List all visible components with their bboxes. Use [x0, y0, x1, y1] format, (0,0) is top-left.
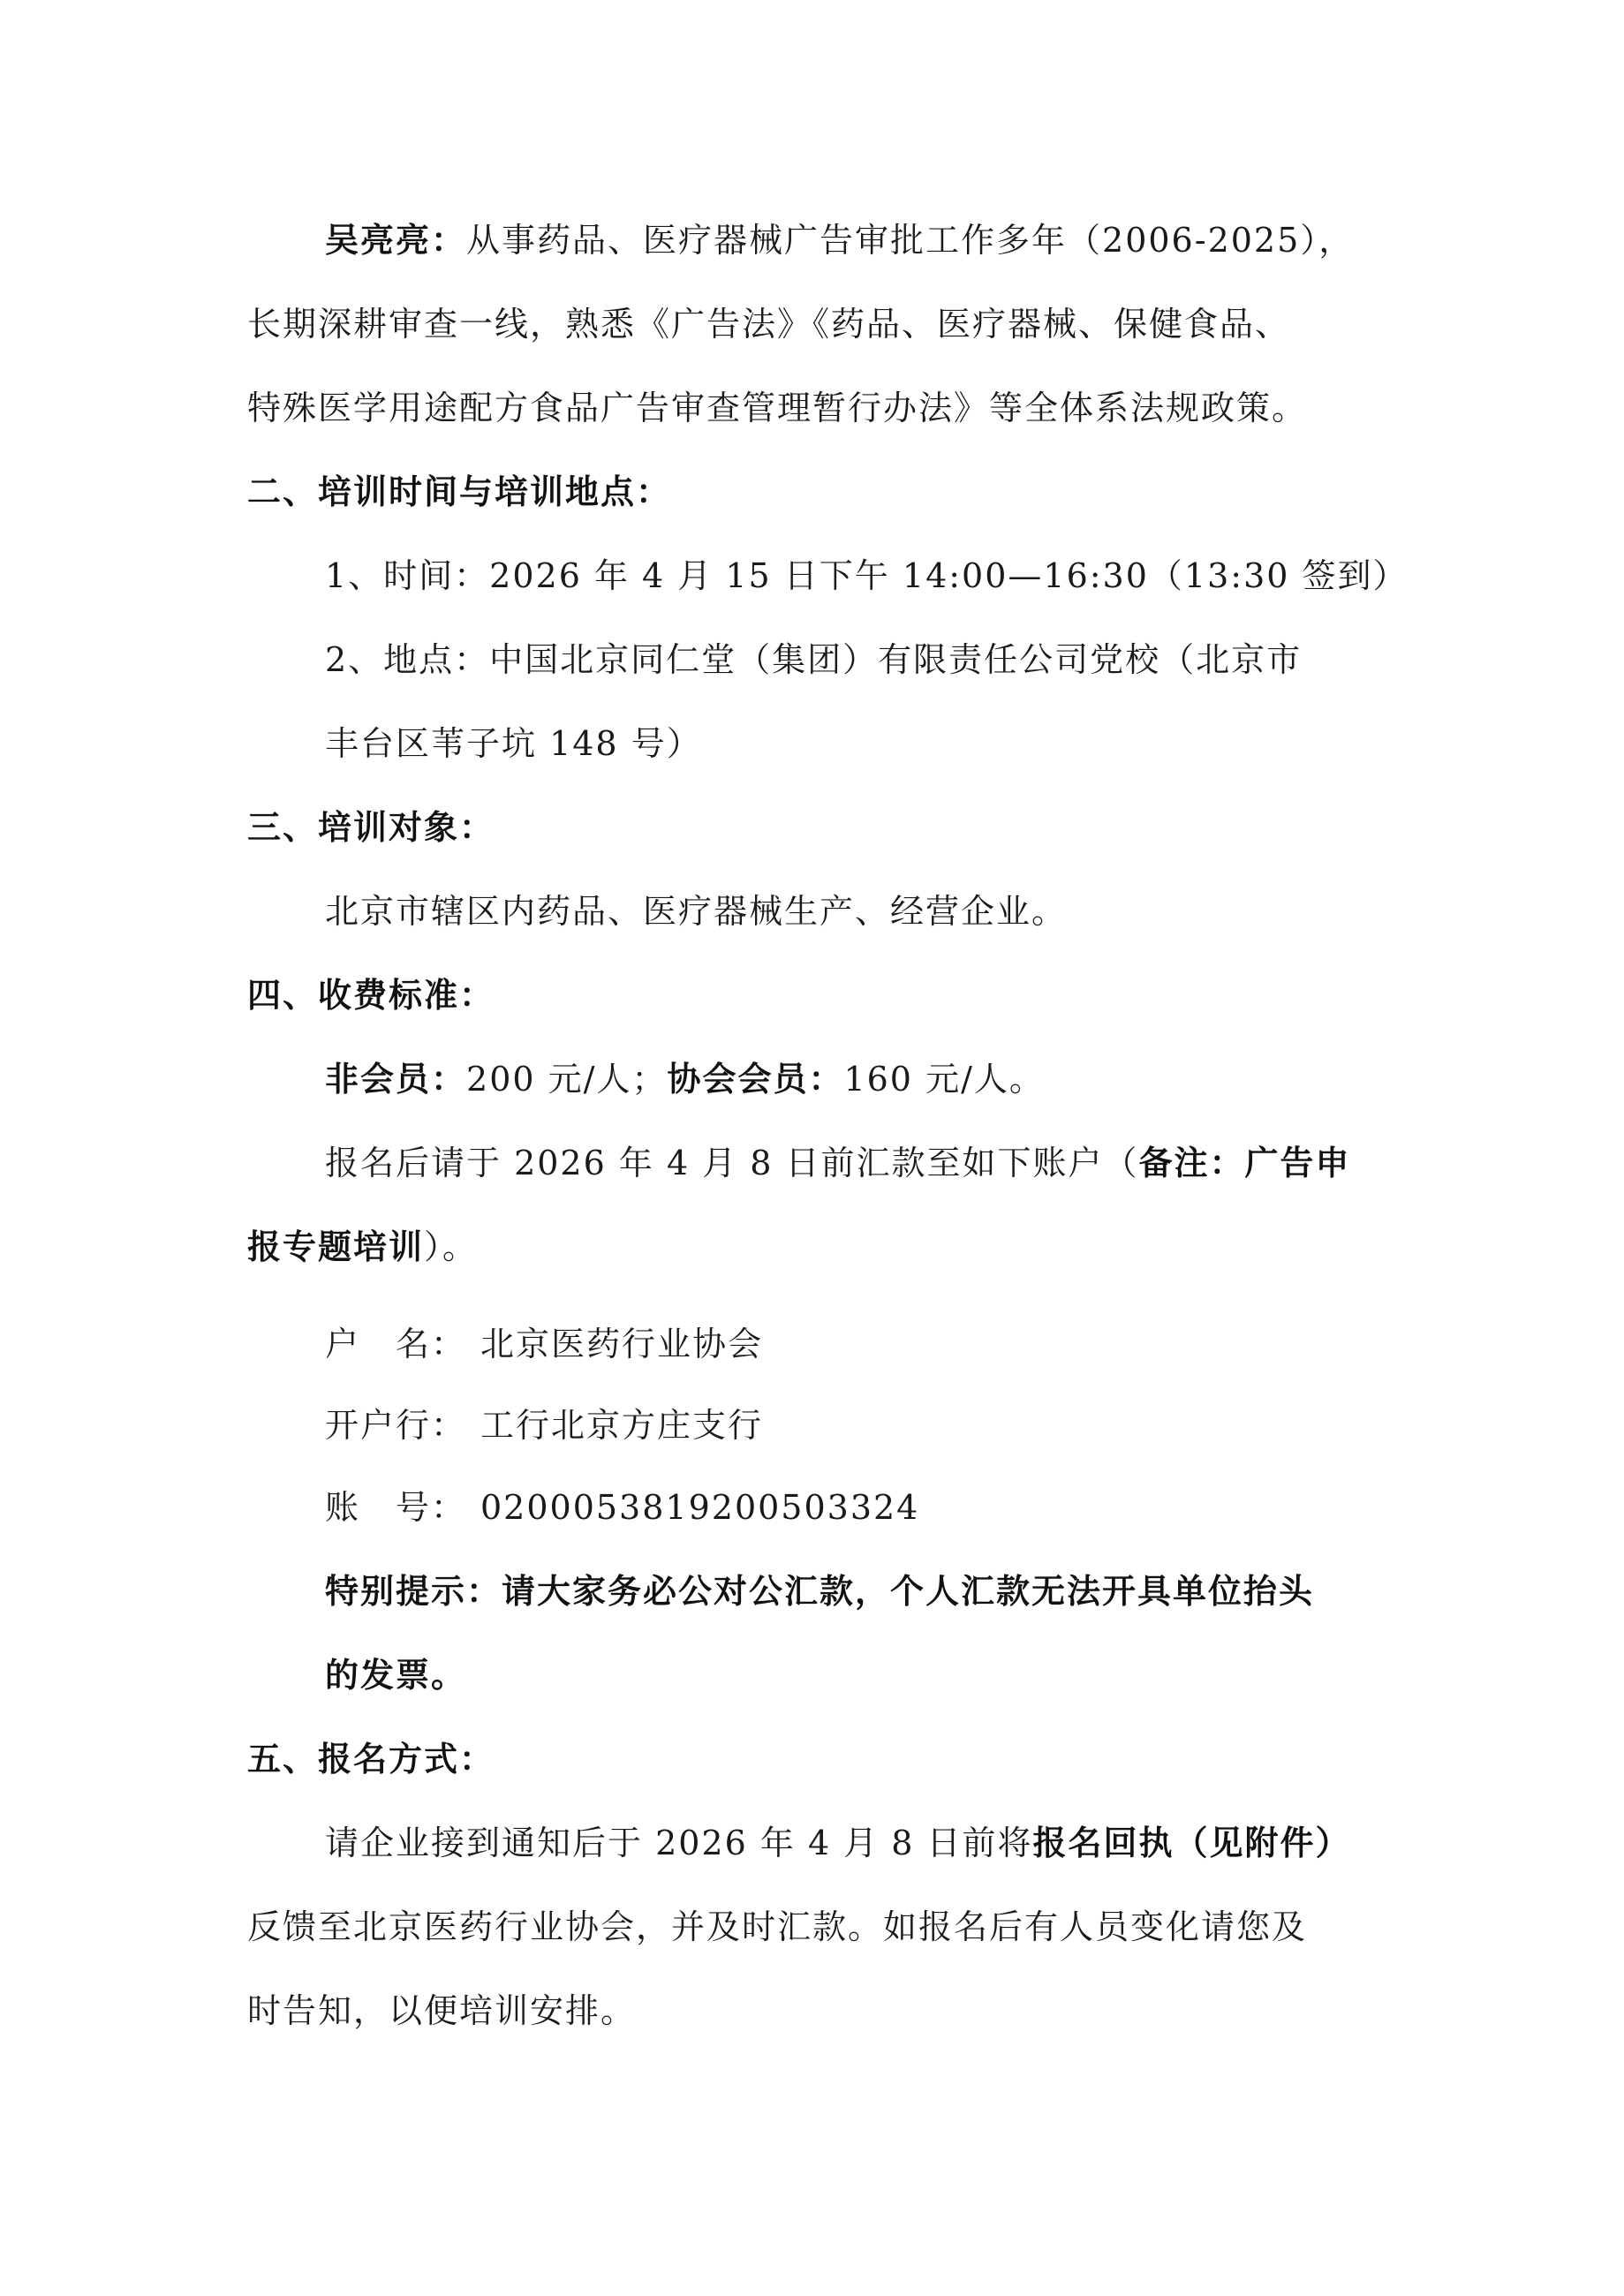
section-5-heading: 五、报名方式： — [247, 1738, 495, 1780]
registration-line-1: 请企业接到通知后于 2026 年 4 月 8 日前将报名回执（见附件） — [325, 1822, 1351, 1864]
bio-text-1: 从事药品、医疗器械广告审批工作多年（2006-2025）， — [466, 221, 1354, 260]
bank-value: 工行北京方庄支行 — [480, 1406, 763, 1445]
registration-receipt: 报名回执（见附件） — [1033, 1824, 1351, 1862]
special-notice-line-2: 的发票。 — [325, 1654, 466, 1696]
registration-line-3: 时告知，以便培训安排。 — [247, 1990, 636, 2032]
non-member-label: 非会员： — [325, 1060, 466, 1099]
section-2-heading: 二、培训时间与培训地点： — [247, 471, 671, 513]
section-3-heading: 三、培训对象： — [247, 806, 495, 849]
bank-label: 开户行： — [325, 1404, 480, 1446]
payment-line-2: 报专题培训）。 — [247, 1226, 478, 1268]
training-location-line-2: 丰台区苇子坑 148 号） — [325, 722, 702, 765]
payment-line-1: 报名后请于 2026 年 4 月 8 日前汇款至如下账户（备注：广告申 — [325, 1142, 1351, 1184]
payment-text-end: ）。 — [424, 1227, 478, 1266]
speaker-name: 吴亮亮： — [325, 221, 466, 260]
special-notice-line-1: 特别提示：请大家务必公对公汇款，个人汇款无法开具单位抬头 — [325, 1570, 1314, 1612]
bio-line-3: 特殊医学用途配方食品广告审查管理暂行办法》等全体系法规政策。 — [247, 387, 1307, 429]
account-name-label: 户 名： — [325, 1323, 480, 1365]
training-audience: 北京市辖区内药品、医疗器械生产、经营企业。 — [325, 890, 1067, 933]
fee-line: 非会员：200 元/人；协会会员：160 元/人。 — [325, 1058, 1045, 1100]
bank-row: 开户行：工行北京方庄支行 — [325, 1404, 763, 1446]
registration-line-2: 反馈至北京医药行业协会，并及时汇款。如报名后有人员变化请您及 — [247, 1906, 1307, 1948]
account-number-label: 账 号： — [325, 1486, 480, 1529]
bio-line-1: 吴亮亮：从事药品、医疗器械广告审批工作多年（2006-2025）， — [325, 219, 1354, 261]
account-name-value: 北京医药行业协会 — [480, 1325, 763, 1363]
registration-text: 请企业接到通知后于 2026 年 4 月 8 日前将 — [325, 1824, 1033, 1862]
account-number-value: 0200053819200503324 — [480, 1488, 919, 1527]
non-member-fee: 200 元/人； — [466, 1060, 667, 1099]
training-location-line-1: 2、地点：中国北京同仁堂（集团）有限责任公司党校（北京市 — [325, 638, 1302, 681]
account-name-row: 户 名：北京医药行业协会 — [325, 1323, 763, 1365]
training-time: 1、时间：2026 年 4 月 15 日下午 14:00—16:30（13:30… — [325, 555, 1409, 597]
section-4-heading: 四、收费标准： — [247, 974, 495, 1016]
payment-remark: 备注：广告申 — [1139, 1144, 1351, 1182]
payment-text: 报名后请于 2026 年 4 月 8 日前汇款至如下账户（ — [325, 1144, 1139, 1182]
account-number-row: 账 号：0200053819200503324 — [325, 1486, 919, 1529]
bio-line-2: 长期深耕审查一线，熟悉《广告法》《药品、医疗器械、保健食品、 — [247, 303, 1290, 345]
member-label: 协会会员： — [667, 1060, 843, 1099]
member-fee: 160 元/人。 — [843, 1060, 1044, 1099]
payment-remark-cont: 报专题培训 — [247, 1227, 424, 1266]
